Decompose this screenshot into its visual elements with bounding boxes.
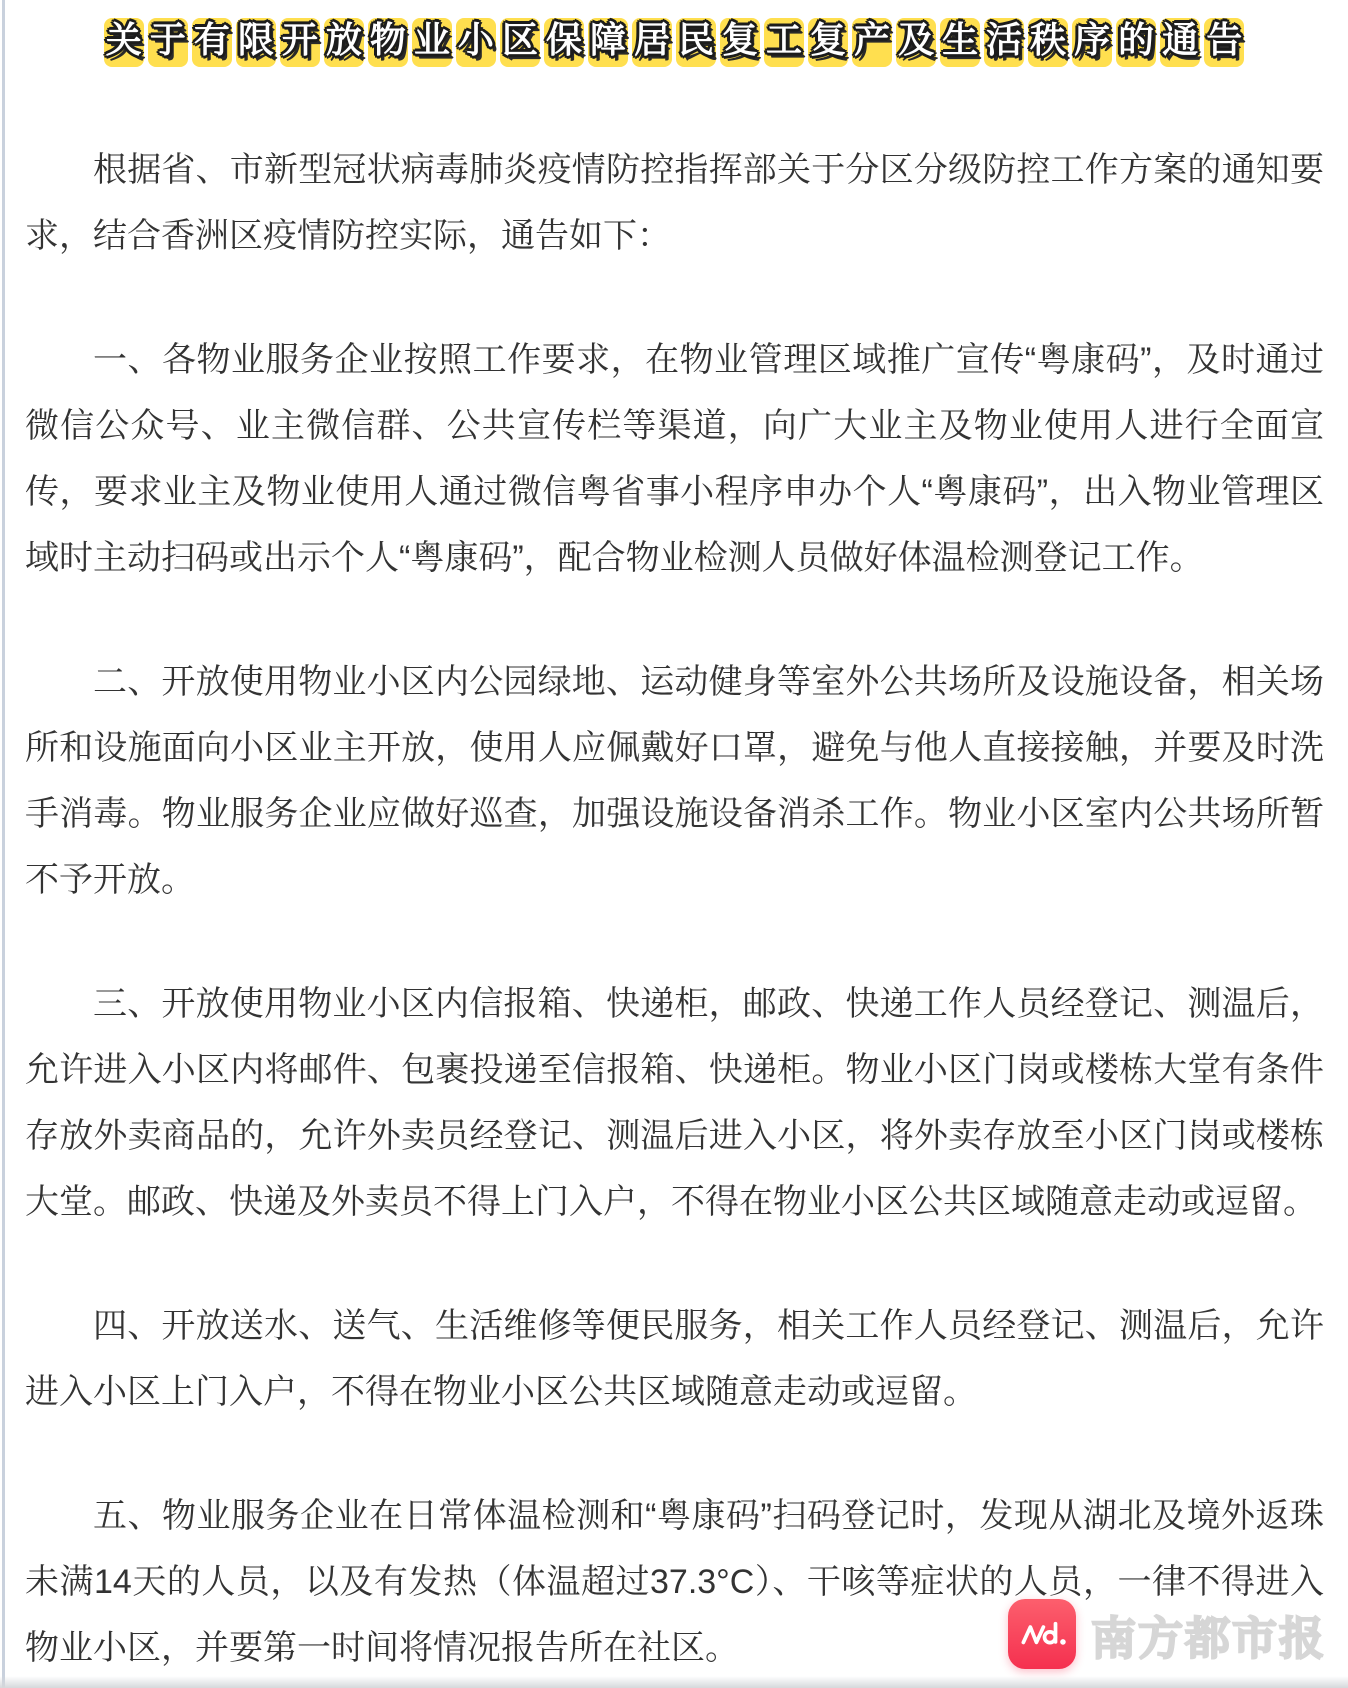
title-char: 于	[148, 18, 188, 67]
nd-logo-icon	[1008, 1599, 1076, 1669]
title-char: 生	[940, 18, 980, 67]
title-char: 限	[236, 18, 276, 67]
title-char: 有	[192, 18, 232, 67]
title-char: 保	[544, 18, 584, 67]
notice-page: 关于有限开放物业小区保障居民复工复产及生活秩序的通告 根据省、市新型冠状病毒肺炎…	[0, 0, 1348, 1688]
title-char: 告	[1204, 18, 1244, 67]
title-char: 开	[280, 18, 320, 67]
press-brand-name: 南方都市报	[1091, 1602, 1326, 1667]
title-char: 秩	[1028, 18, 1068, 67]
title-char: 复	[808, 18, 848, 67]
title-char: 物	[368, 18, 408, 67]
title-char: 及	[896, 18, 936, 67]
title-char: 关	[104, 18, 144, 67]
title-char: 序	[1072, 18, 1112, 67]
title-char: 通	[1160, 18, 1200, 67]
bottom-fade	[0, 1676, 1348, 1688]
notice-paragraph-4: 四、开放送水、送气、生活维修等便民服务，相关工作人员经登记、测温后，允许进入小区…	[25, 1293, 1324, 1425]
notice-intro-paragraph: 根据省、市新型冠状病毒肺炎疫情防控指挥部关于分区分级防控工作方案的通知要求，结合…	[25, 137, 1324, 269]
title-char: 活	[984, 18, 1024, 67]
title-char: 复	[720, 18, 760, 67]
title-char: 民	[676, 18, 716, 67]
title-char: 业	[412, 18, 452, 67]
title-char: 放	[324, 18, 364, 67]
notice-title: 关于有限开放物业小区保障居民复工复产及生活秩序的通告	[0, 0, 1348, 67]
title-char: 区	[500, 18, 540, 67]
notice-paragraph-2: 二、开放使用物业小区内公园绿地、运动健身等室外公共场所及设施设备，相关场所和设施…	[25, 649, 1324, 913]
notice-paragraph-1: 一、各物业服务企业按照工作要求，在物业管理区域推广宣传“粤康码”，及时通过微信公…	[25, 327, 1324, 591]
notice-paragraph-3: 三、开放使用物业小区内信报箱、快递柜，邮政、快递工作人员经登记、测温后，允许进入…	[25, 971, 1324, 1235]
notice-body: 根据省、市新型冠状病毒肺炎疫情防控指挥部关于分区分级防控工作方案的通知要求，结合…	[0, 137, 1348, 1681]
press-watermark: 南方都市报	[1008, 1599, 1326, 1669]
title-char: 工	[764, 18, 804, 67]
title-char: 居	[632, 18, 672, 67]
title-char: 障	[588, 18, 628, 67]
title-char: 产	[852, 18, 892, 67]
title-char: 的	[1116, 18, 1156, 67]
title-char: 小	[456, 18, 496, 67]
